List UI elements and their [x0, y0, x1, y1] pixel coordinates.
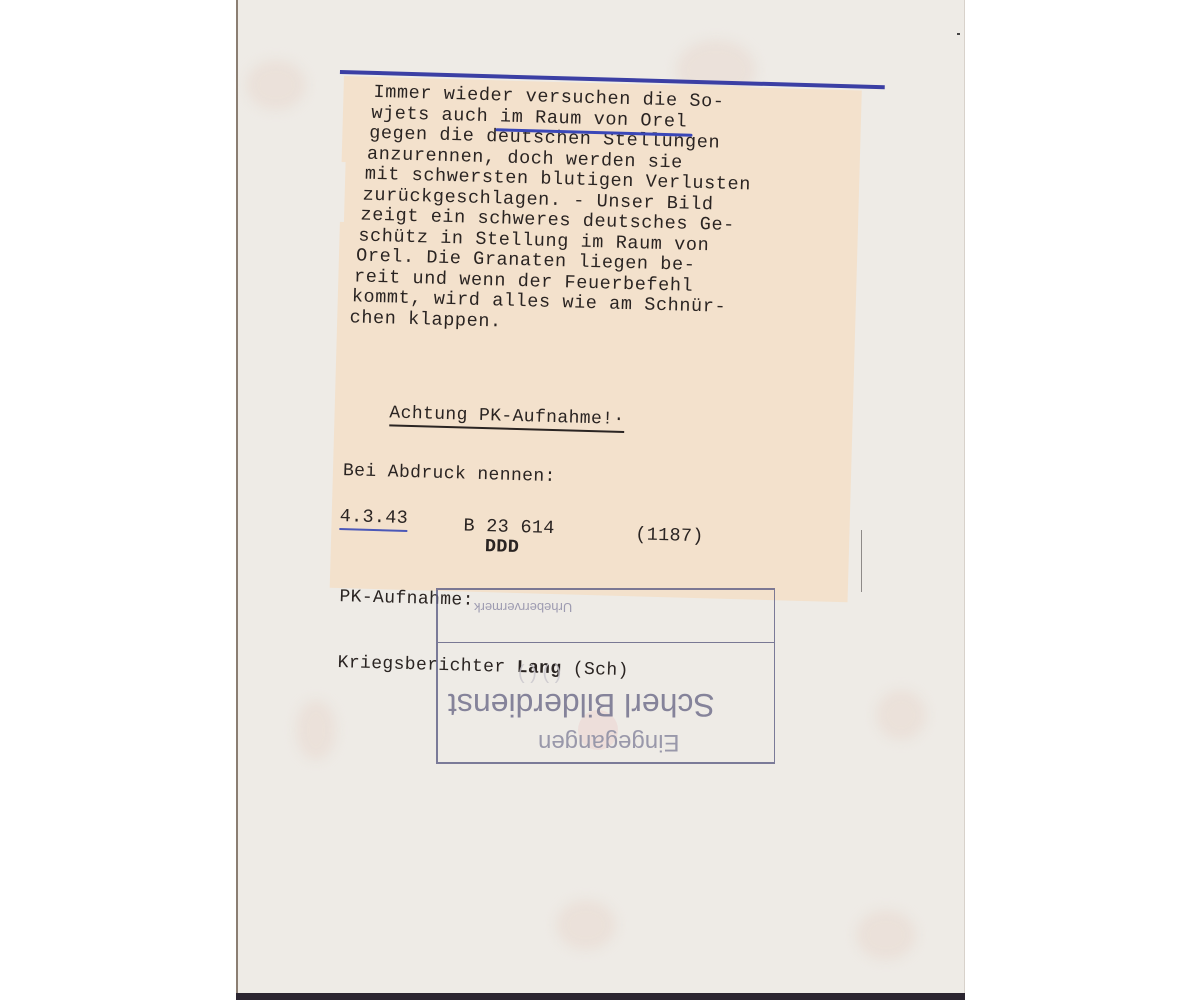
archive-stamp: Urheberrvermerk ( ) ( ) Scherl Bilderdie…	[436, 588, 775, 764]
caption-line-text: chen klappen.	[349, 307, 502, 332]
paper-stain	[856, 910, 916, 960]
reprint-instruction: Bei Abdruck nennen:	[343, 460, 635, 490]
reference-date: 4.3.43	[339, 506, 408, 529]
paper-stain	[246, 60, 306, 110]
caption-clipping: Immer wieder versuchen die So-wjets auch…	[330, 76, 862, 602]
clipping-tear	[328, 162, 346, 222]
paper-stain	[876, 690, 926, 740]
clipping-edge-shadow	[861, 530, 862, 592]
paper-stain	[296, 700, 336, 760]
stamp-main-text: Scherl Bilderdienst	[448, 686, 715, 723]
reference-code: DDD	[485, 536, 520, 558]
caption-text: Immer wieder versuchen die So-wjets auch…	[367, 83, 754, 340]
reference-count: (1187)	[635, 524, 704, 547]
reference-number: B 23 614	[463, 516, 555, 540]
card-bottom-edge	[236, 993, 965, 1000]
stamp-divider	[438, 642, 774, 643]
dust-speck	[957, 33, 960, 35]
stamp-mid-text: ( ) ( )	[518, 662, 561, 685]
stamp-top-text: Urheberrvermerk	[474, 600, 572, 615]
paper-stain	[556, 900, 616, 950]
stamp-bottom-text: Eingegangen	[538, 728, 679, 756]
